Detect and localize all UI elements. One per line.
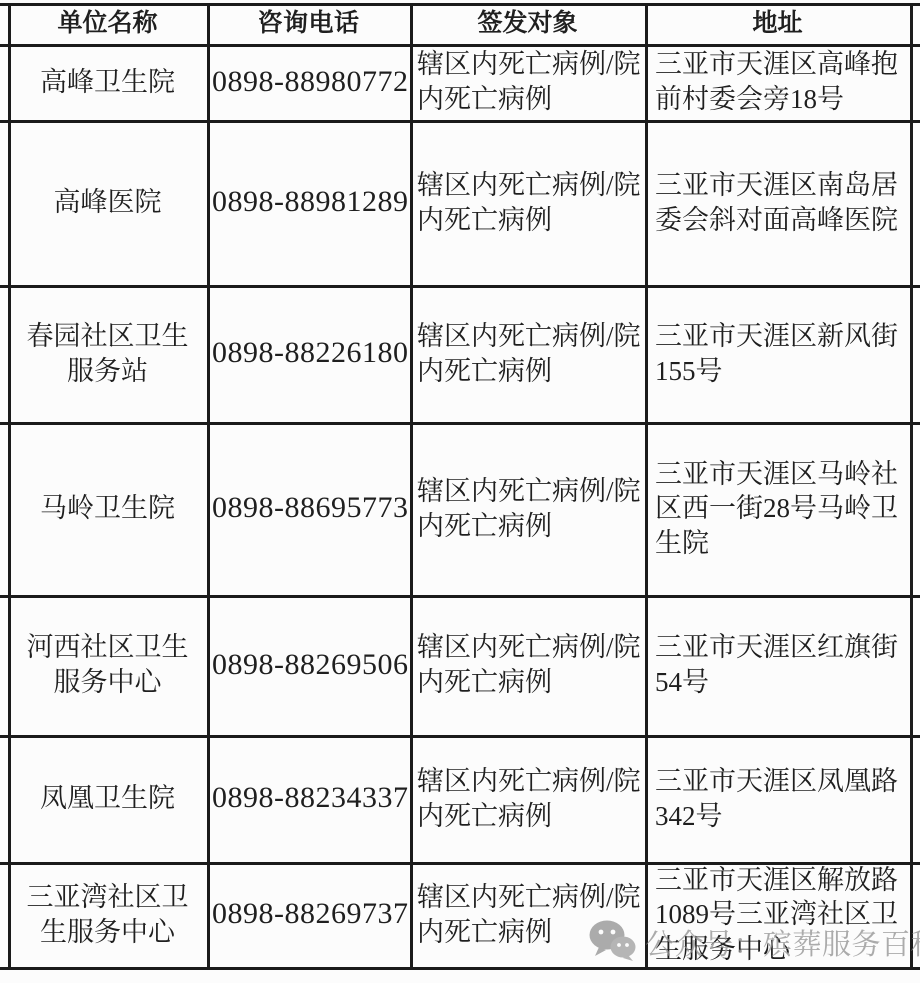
table-row: 马岭卫生院 0898-88695773 辖区内死亡病例/院内死亡病例 三亚市天涯… xyxy=(8,422,910,595)
address-cell: 三亚市天涯区马岭社区西一街28号马岭卫生院 xyxy=(645,422,910,595)
header-address: 地址 xyxy=(645,3,910,44)
table-hline xyxy=(0,3,920,6)
table-row: 河西社区卫生服务中心 0898-88269506 辖区内死亡病例/院内死亡病例 … xyxy=(8,595,910,735)
table-hline xyxy=(0,967,920,970)
target-cell: 辖区内死亡病例/院内死亡病例 xyxy=(410,120,645,285)
table-vline xyxy=(910,3,913,970)
phone-cell: 0898-88269506 xyxy=(207,595,410,735)
table-row: 高峰卫生院 0898-88980772 辖区内死亡病例/院内死亡病例 三亚市天涯… xyxy=(8,44,910,120)
unit-name-cell: 三亚湾社区卫生服务中心 xyxy=(8,862,207,967)
phone-cell: 0898-88980772 xyxy=(207,44,410,120)
unit-name-cell: 高峰卫生院 xyxy=(8,44,207,120)
target-cell: 辖区内死亡病例/院内死亡病例 xyxy=(410,595,645,735)
table-hline xyxy=(0,595,920,598)
table-hline xyxy=(0,735,920,738)
target-cell: 辖区内死亡病例/院内死亡病例 xyxy=(410,735,645,862)
phone-cell: 0898-88226180 xyxy=(207,285,410,422)
table-row: 凤凰卫生院 0898-88234337 辖区内死亡病例/院内死亡病例 三亚市天涯… xyxy=(8,735,910,862)
header-issue-target: 签发对象 xyxy=(410,3,645,44)
unit-name-cell: 春园社区卫生服务站 xyxy=(8,285,207,422)
target-cell: 辖区内死亡病例/院内死亡病例 xyxy=(410,44,645,120)
target-cell: 辖区内死亡病例/院内死亡病例 xyxy=(410,422,645,595)
table-hline xyxy=(0,285,920,288)
table-row: 三亚湾社区卫生服务中心 0898-88269737 辖区内死亡病例/院内死亡病例… xyxy=(8,862,910,967)
table-hline xyxy=(0,422,920,425)
unit-name-cell: 凤凰卫生院 xyxy=(8,735,207,862)
phone-cell: 0898-88269737 xyxy=(207,862,410,967)
unit-name-cell: 马岭卫生院 xyxy=(8,422,207,595)
address-cell: 三亚市天涯区解放路1089号三亚湾社区卫生服务中心 xyxy=(645,862,910,967)
header-phone: 咨询电话 xyxy=(207,3,410,44)
table-hline xyxy=(0,862,920,865)
table-vline xyxy=(410,3,413,970)
header-unit-name: 单位名称 xyxy=(8,3,207,44)
unit-name-cell: 高峰医院 xyxy=(8,120,207,285)
address-cell: 三亚市天涯区南岛居委会斜对面高峰医院 xyxy=(645,120,910,285)
phone-cell: 0898-88234337 xyxy=(207,735,410,862)
table-hline xyxy=(0,120,920,123)
target-cell: 辖区内死亡病例/院内死亡病例 xyxy=(410,285,645,422)
address-cell: 三亚市天涯区红旗街54号 xyxy=(645,595,910,735)
health-units-table-page: 单位名称 咨询电话 签发对象 地址 高峰卫生院 0898-88980772 辖区… xyxy=(0,0,920,983)
table-header-row: 单位名称 咨询电话 签发对象 地址 xyxy=(8,3,910,44)
target-cell: 辖区内死亡病例/院内死亡病例 xyxy=(410,862,645,967)
table-vline xyxy=(207,3,210,970)
table-vline xyxy=(645,3,648,970)
address-cell: 三亚市天涯区凤凰路342号 xyxy=(645,735,910,862)
table-row: 春园社区卫生服务站 0898-88226180 辖区内死亡病例/院内死亡病例 三… xyxy=(8,285,910,422)
unit-name-cell: 河西社区卫生服务中心 xyxy=(8,595,207,735)
address-cell: 三亚市天涯区新风街155号 xyxy=(645,285,910,422)
table-vline xyxy=(8,3,11,970)
phone-cell: 0898-88695773 xyxy=(207,422,410,595)
table-row: 高峰医院 0898-88981289 辖区内死亡病例/院内死亡病例 三亚市天涯区… xyxy=(8,120,910,285)
table-hline xyxy=(0,44,920,47)
phone-cell: 0898-88981289 xyxy=(207,120,410,285)
address-cell: 三亚市天涯区高峰抱前村委会旁18号 xyxy=(645,44,910,120)
